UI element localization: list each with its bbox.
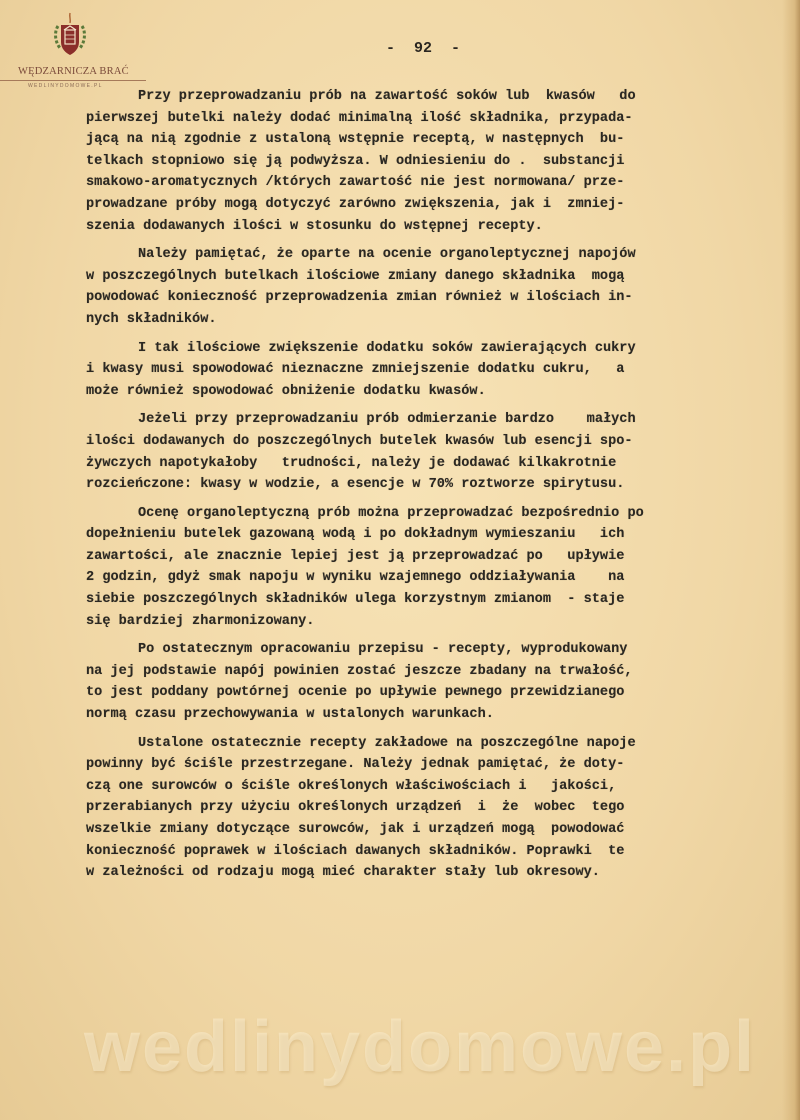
- paper-edge-shadow: [782, 0, 800, 1120]
- text-line: rozcieńczone: kwasy w wodzie, a esencje …: [86, 474, 766, 496]
- text-line: w poszczególnych butelkach ilościowe zmi…: [86, 266, 766, 288]
- document-body: Przy przeprowadzaniu prób na zawartość s…: [86, 86, 766, 884]
- brand-divider: [0, 80, 146, 81]
- text-line: 2 godzin, gdyż smak napoju w wyniku wzaj…: [86, 567, 766, 589]
- text-line: powodować konieczność przeprowadzenia zm…: [86, 287, 766, 309]
- text-line: smakowo-aromatycznych /których zawartość…: [86, 172, 766, 194]
- text-line: telkach stopniowo się ją podwyższa. W od…: [86, 151, 766, 173]
- text-line: prowadzane próby mogą dotyczyć zarówno z…: [86, 194, 766, 216]
- text-line: powinny być ściśle przestrzegane. Należy…: [86, 754, 766, 776]
- text-line: Należy pamiętać, że oparte na ocenie org…: [86, 244, 766, 266]
- brand-logo: WĘDZARNICZA BRAĆ WEDLINYDOMOWE.PL: [0, 0, 148, 100]
- text-line: i kwasy musi spowodować nieznaczne zmnie…: [86, 359, 766, 381]
- text-line: ilości dodawanych do poszczególnych bute…: [86, 431, 766, 453]
- text-line: Przy przeprowadzaniu prób na zawartość s…: [86, 86, 766, 108]
- text-line: żywczych napotykałoby trudności, należy …: [86, 453, 766, 475]
- text-line: się bardziej zharmonizowany.: [86, 611, 766, 633]
- text-line: Jeżeli przy przeprowadzaniu prób odmierz…: [86, 409, 766, 431]
- text-line: wszelkie zmiany dotyczące surowców, jak …: [86, 819, 766, 841]
- text-line: normą czasu przechowywania w ustalonych …: [86, 704, 766, 726]
- watermark: wedlinydomowe.pl: [84, 1006, 724, 1088]
- text-line: Ustalone ostatecznie recepty zakładowe n…: [86, 733, 766, 755]
- text-line: przerabianych przy użyciu określonych ur…: [86, 797, 766, 819]
- text-line: może również spowodować obniżenie dodatk…: [86, 381, 766, 403]
- text-line: jącą na nią zgodnie z ustaloną wstępnie …: [86, 129, 766, 151]
- text-line: Ocenę organoleptyczną prób można przepro…: [86, 503, 766, 525]
- text-line: czą one surowców o ściśle określonych wł…: [86, 776, 766, 798]
- brand-title: WĘDZARNICZA BRAĆ: [18, 66, 148, 77]
- text-line: Po ostatecznym opracowaniu przepisu - re…: [86, 639, 766, 661]
- text-line: konieczność poprawek w ilościach dawanyc…: [86, 841, 766, 863]
- text-line: to jest poddany powtórnej ocenie po upły…: [86, 682, 766, 704]
- text-line: w zależności od rodzaju mogą mieć charak…: [86, 862, 766, 884]
- text-line: dopełnieniu butelek gazowaną wodą i po d…: [86, 524, 766, 546]
- text-line: nych składników.: [86, 309, 766, 331]
- text-line: siebie poszczególnych składników ulega k…: [86, 589, 766, 611]
- text-line: szenia dodawanych ilości w stosunku do w…: [86, 216, 766, 238]
- text-line: na jej podstawie napój powinien zostać j…: [86, 661, 766, 683]
- page-number: - 92 -: [386, 40, 460, 57]
- text-line: I tak ilościowe zwiększenie dodatku sokó…: [86, 338, 766, 360]
- text-line: zawartości, ale znacznie lepiej jest ją …: [86, 546, 766, 568]
- text-line: pierwszej butelki należy dodać minimalną…: [86, 108, 766, 130]
- smokehouse-crest-icon: [52, 12, 88, 58]
